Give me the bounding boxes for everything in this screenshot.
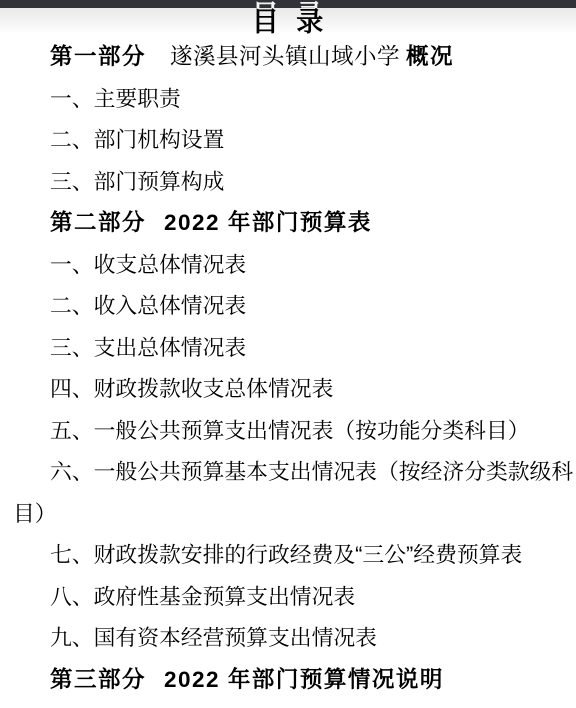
- toc-item-income-expense-overview: 一、收支总体情况表: [0, 244, 576, 286]
- part2-label: 第二部分: [50, 210, 146, 235]
- toc-item-government-fund-budget: 八、政府性基金预算支出情况表: [0, 576, 576, 618]
- toc-item-expense-overview: 三、支出总体情况表: [0, 327, 576, 369]
- page-title: 目 录: [0, 8, 576, 36]
- toc-item-fiscal-allocation-overview: 四、财政拨款收支总体情况表: [0, 368, 576, 410]
- toc-item-duties: 一、主要职责: [0, 78, 576, 120]
- toc-item-income-overview: 二、收入总体情况表: [0, 285, 576, 327]
- toc-item-admin-three-public-funds: 七、财政拨款安排的行政经费及“三公”经费预算表: [0, 534, 576, 576]
- toc-item-budget-composition: 三、部门预算构成: [0, 161, 576, 203]
- toc-part-1: 第一部分遂溪县河头镇山域小学概况: [0, 36, 576, 78]
- document-page: 目 录 第一部分遂溪县河头镇山域小学概况 一、主要职责 二、部门机构设置 三、部…: [0, 8, 576, 700]
- table-of-contents: 第一部分遂溪县河头镇山域小学概况 一、主要职责 二、部门机构设置 三、部门预算构…: [0, 36, 576, 700]
- toc-item-org-structure: 二、部门机构设置: [0, 119, 576, 161]
- toc-part-2: 第二部分2022 年部门预算表: [0, 202, 576, 244]
- part1-suffix: 概况: [406, 44, 454, 69]
- toc-item-state-capital-budget: 九、国有资本经营预算支出情况表: [0, 617, 576, 659]
- toc-item-public-budget-expense: 五、一般公共预算支出情况表（按功能分类科目）: [0, 410, 576, 452]
- title-ghost-fragment-icon: 目 录: [0, 1, 576, 8]
- toc-part-3: 第三部分2022 年部门预算情况说明: [0, 659, 576, 701]
- viewer-toolbar-strip: 目 录: [0, 0, 576, 8]
- part2-title: 2022 年部门预算表: [164, 210, 372, 235]
- part1-body: 遂溪县河头镇山域小学: [170, 44, 400, 69]
- part3-label: 第三部分: [50, 667, 146, 692]
- toc-item-public-budget-basic-expense: 六、一般公共预算基本支出情况表（按经济分类款级科目）: [0, 451, 576, 534]
- part3-title: 2022 年部门预算情况说明: [164, 667, 444, 692]
- part1-label: 第一部分: [50, 44, 146, 69]
